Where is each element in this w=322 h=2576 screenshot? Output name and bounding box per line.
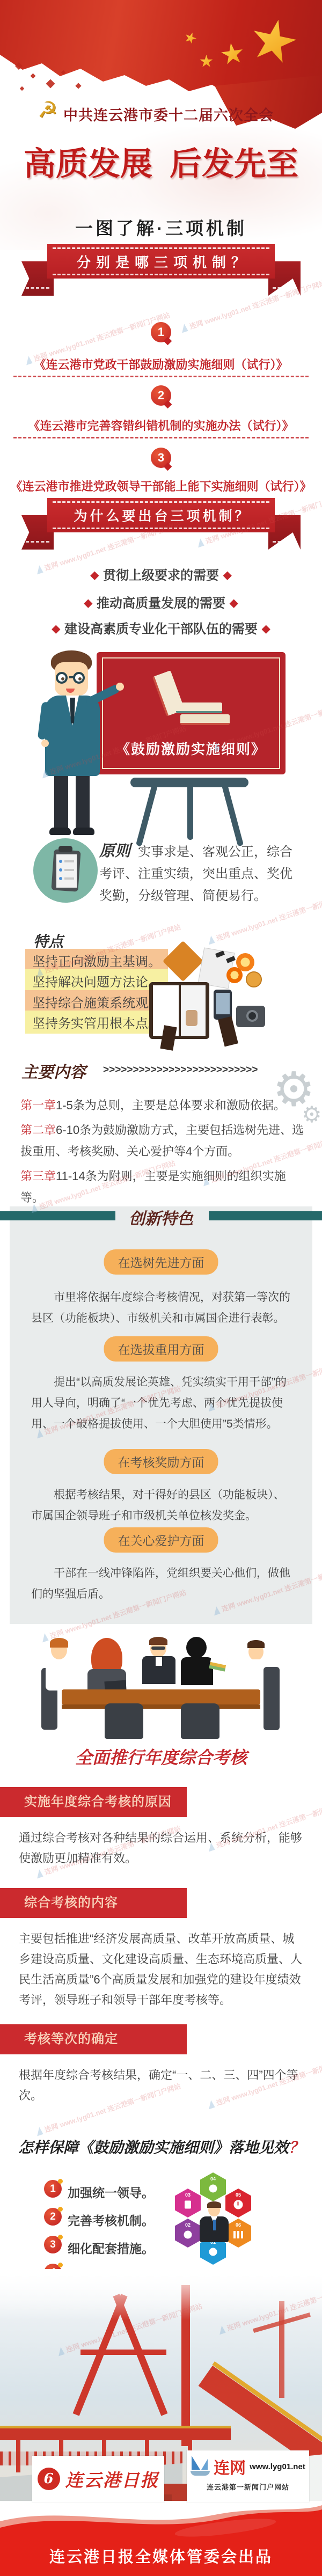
number-bubble-3: 3 [151,448,171,468]
presenter-leg [54,776,68,829]
chapter-text: 6-10条为鼓励激励方式，主要包括选树先进、选拔重用、考核奖励、关心爱护等4个方… [20,1123,304,1158]
hexagon-cluster: 04 03 05 02 06 01 [175,2172,255,2282]
chart-paper [209,1648,229,1671]
chapter-item: 第三章11-14条为附则，主要是实施细则的组织实施等。 [20,1166,309,1209]
easel-leg [187,784,193,840]
crane-boom [0,2428,231,2440]
section-banner: 考核等次的确定 [0,2024,187,2054]
daily-logo-mark [38,2468,60,2490]
credit-line: 连云港日报全媒体管委会出品 [0,2545,322,2567]
camera-lens [246,1010,258,1022]
innovation-text: 市里将依据年度综合考核情况，对获第一等次的县区（功能板块）、市级机关和市属国企进… [31,1287,294,1329]
bubble-number: 1 [158,325,164,339]
guarantee-title: 怎样保障《鼓励激励实施细则》落地见效？ [0,2136,322,2157]
daily-logo-text: 连云港日报 [65,2467,159,2492]
section-text: 主要包括推进“经济发展高质量、改革开放高质量、城乡建设高质量、文化建设高质量、生… [19,1929,303,2010]
meeting-illustration [40,1635,282,1739]
guarantee-item: 加强统一领导。 [68,2183,154,2201]
money-bag-icon: 02 [175,2219,201,2248]
chapter-label: 第二章 [20,1123,56,1137]
phone-screen [216,993,230,1014]
clipboard-icon [33,838,98,903]
easel-leg [136,784,158,847]
mechanism-title-3: 《连云港市推进党政领导干部能上能下实施细则（试行）》 [5,478,317,494]
person-shirt [156,1657,162,1666]
paint-speck [75,83,81,89]
innovation-text: 干部在一线冲锋陷阵，党组织要关心他们，做他们的坚强后盾。 [31,1563,294,1605]
chapter-item: 第一章1-5条为总则，主要是总体要求和激励依据。 [20,1095,309,1116]
document-icon: 03 [175,2189,201,2218]
desk-illustration [141,946,267,1053]
innovation-title: 创新特色 [0,1205,322,1229]
guarantee-title-text: 怎样保障《鼓励激励实施细则》落地见效 [18,2139,289,2156]
hand-icon [186,1010,197,1026]
presenter-hand [116,683,124,691]
sailboat-icon [191,2456,210,2477]
glasses-icon [56,672,68,684]
ribbon-banner-q1: 分别是哪三项机制？ [21,244,301,298]
paint-speck [20,86,24,91]
section-banner: 综合考核的内容 [0,1888,187,1918]
number-circle: 3 [44,2236,62,2253]
section-banner: 实施年度综合考核的原因 [0,1787,187,1817]
megaphone-icon: 04 [200,2172,226,2201]
aspect-pill: 在考核奖励方面 [104,1449,218,1474]
assessment-title: 全面推行年度综合考核 [0,1744,322,1769]
chevron-arrows: >>>>>>>>>>>>>>>>>>>>>>>>>> [103,1064,258,1076]
question-mark: ？ [289,2139,304,2156]
table-shadow [62,1704,260,1709]
ribbon-band: 分别是哪三项机制？ [47,244,275,279]
slogan-right: 后发先至 [170,145,298,183]
presenter-shoe [73,828,94,835]
mechanism-title-2: 《连云港市完善容错纠错机制的实施办法（试行）》 [5,417,317,434]
daily-logo-box: 连云港日报 [32,2456,164,2502]
section-text: 根据年度综合考核结果，确定“一、二、三、四”四个等次。 [19,2065,303,2106]
photo-fade [0,2269,322,2320]
innovation-text: 根据考核结果，对干得好的县区（功能板块）、市属国企领导班子和市级机关单位核发奖金… [31,1484,294,1526]
person-head [186,1637,207,1658]
reason-item: 建设高素质专业化干部队伍的需要 [0,618,322,637]
crane-crossbar [80,2350,166,2355]
portal-url: www.lyg01.net [250,2462,305,2471]
chair [105,1703,143,1739]
dashed-divider [13,376,309,377]
section-text: 通过综合考核对各种结果的综合运用、系统分析，能够使激励更加精准有效。 [19,1828,303,1869]
bubble-number: 3 [158,451,164,465]
ribbon-q1-text: 分别是哪三项机制？ [53,247,269,275]
principle-label: 原则 [99,843,130,860]
pizza-icon [246,971,262,987]
aspect-pill: 在选拔重用方面 [104,1336,218,1362]
glasses-icon [73,672,85,684]
number-circle: 1 [44,2180,62,2198]
person-hair [50,1638,68,1648]
portal-name: 连网 [214,2455,246,2478]
chair [181,1703,219,1739]
chair [264,1667,280,1730]
chapter-text: 1-5条为总则，主要是总体要求和激励依据。 [56,1099,286,1112]
chapter-text: 11-14条为附则，主要是实施细则的组织实施等。 [20,1169,286,1204]
reason-item: 推动高质量发展的需要 [0,592,322,611]
chapter-label: 第三章 [20,1169,56,1183]
party-emblem-icon [38,99,58,121]
board-title: 《鼓励激励实施细则》 [97,738,286,758]
ribbon-band: 为什么要出台三项机制？ [47,498,275,532]
slogan-title: 高质发展后发先至 [0,138,322,185]
bubble-number: 2 [158,389,164,402]
number-bubble-1: 1 [151,322,171,342]
businessman-figure [197,2204,231,2251]
guarantee-item: 细化配套措施。 [68,2239,154,2257]
paint-speck [46,79,55,89]
book-icon [180,714,230,725]
presenter-hand [41,740,49,747]
poster-subtitle: 一图了解·三项机制 [0,215,322,240]
presenter-leg [76,776,90,829]
dashed-divider [13,437,309,438]
standing-book-icon [163,941,203,982]
conference-title: 中共连云港市委十二届六次全会 [63,104,274,125]
paint-speck [31,74,36,79]
principle-paragraph: 原则实事求是、客观公正，综合考评、注重实绩，突出重点、奖优奖勤，分级管理、简便易… [99,840,304,907]
person-hair [149,1637,167,1645]
aspect-pill: 在关心爱护方面 [104,1527,218,1553]
chapter-list: 第一章1-5条为总则，主要是总体要求和激励依据。 第二章6-10条为鼓励激励方式… [20,1095,309,1212]
glasses-bridge [69,676,74,678]
guarantee-item: 完善考核机制。 [68,2211,154,2229]
main-content-label: 主要内容 [21,1059,86,1082]
chapter-label: 第一章 [20,1099,56,1112]
book-icon [176,702,222,713]
slogan-left: 高质发展 [24,145,152,183]
glasses-icon [151,1646,165,1650]
blackboard: 《鼓励激励实施细则》 [97,652,286,774]
innovation-text: 提出“以高质发展论英雄、凭实绩实干用干部”的用人导向，明确了“一个优先考虑、两个… [31,1372,294,1435]
number-bubble-2: 2 [151,385,171,406]
aspect-pill: 在选树先进方面 [104,1249,218,1275]
easel-leg [222,784,244,847]
meeting-table [62,1689,260,1704]
arm-sleeve [218,1016,238,1047]
orange-slice-icon [226,967,243,983]
person-body [181,1657,213,1685]
features-label: 特点 [33,930,63,952]
person-body [46,1659,68,1690]
chapter-item: 第二章6-10条为鼓励激励方式，主要包括选树先进、选拔重用、考核奖励、关心爱护等… [20,1119,309,1162]
ribbon-q2-text: 为什么要出台三项机制？ [53,501,269,529]
person-hair [247,1640,265,1648]
mechanism-title-1: 《连云港市党政干部鼓励激励实施细则（试行）》 [5,356,317,372]
presenter-shoe [49,828,71,835]
infographic-poster: 中共连云港市委十二届六次全会 高质发展后发先至 一图了解·三项机制 分别是哪三项… [0,0,322,2576]
portal-logo-box: 连网 www.lyg01.net 连云港第一新闻门户网站 [187,2450,309,2502]
number-circle: 2 [44,2208,62,2226]
portal-slogan: 连云港第一新闻门户网站 [190,2482,306,2492]
ribbon-banner-q2: 为什么要出台三项机制？ [21,498,301,552]
reason-item: 贯彻上级要求的需要 [0,565,322,583]
